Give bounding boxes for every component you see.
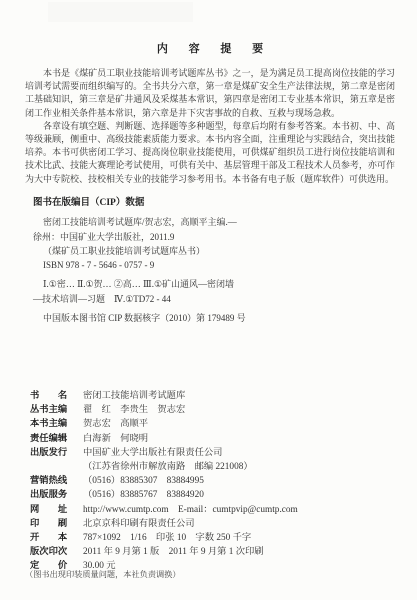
info-value: 贺志宏 高顺平 — [83, 417, 148, 431]
info-label: 本书主编 — [30, 417, 72, 431]
info-label: 版次印次 — [30, 545, 72, 559]
info-value: 密闭工技能培训考试题库 — [83, 389, 185, 403]
cip-line: 徐州：中国矿业大学出版社，2011.9 — [33, 230, 389, 244]
info-value: 2011 年 9 月第 1 版 2011 年 9 月第 1 次印刷 — [83, 545, 264, 559]
info-row: 网 址 http://www.cumtp.com E-mail：cumtpvip… — [30, 503, 401, 517]
info-label: 开 本 — [30, 531, 72, 545]
info-value: （0516）83885767 83884920 — [83, 488, 204, 502]
content-summary-section: 内 容 提 要 本书是《煤矿员工职业技能培训考试题库丛书》之一，是为满足员工提高… — [25, 40, 395, 186]
summary-title: 内 容 提 要 — [25, 40, 395, 56]
cip-line: —技术培训—习题 Ⅳ.①TD72 - 44 — [33, 292, 389, 306]
info-value: 中国矿业大学出版社有限责任公司 — [83, 446, 222, 460]
copyright-page: 内 容 提 要 本书是《煤矿员工职业技能培训考试题库丛书》之一，是为满足员工提高… — [0, 0, 417, 600]
info-row: 开 本 787×1092 1/16 印张 10 字数 250 千字 — [30, 531, 401, 545]
info-row: 出版发行 中国矿业大学出版社有限责任公司 — [30, 446, 401, 460]
cip-line: 密闭工技能培训考试题库/贺志宏，高顺平主编.— — [33, 215, 389, 229]
info-row: （江苏省徐州市解放南路 邮编 221008） — [30, 460, 401, 474]
cip-section: 图书在版编目（CIP）数据 密闭工技能培训考试题库/贺志宏，高顺平主编.— 徐州… — [33, 196, 389, 325]
info-row: 出版服务 （0516）83885767 83884920 — [30, 488, 401, 502]
info-value: 787×1092 1/16 印张 10 字数 250 千字 — [83, 531, 251, 545]
summary-paragraph: 本书是《煤矿员工职业技能培训考试题库丛书》之一，是为满足员工提高岗位技能的学习培… — [25, 67, 395, 120]
info-row: 印 刷 北京京科印刷有限责任公司 — [30, 517, 401, 531]
info-value: 翟 红 李贵生 贺志宏 — [83, 403, 185, 417]
info-label: 书 名 — [30, 389, 72, 403]
info-label: 出版服务 — [30, 488, 72, 502]
scan-artifact — [48, 2, 193, 22]
info-label: 营销热线 — [30, 474, 72, 488]
info-value: 白海新 何晓明 — [83, 432, 148, 446]
info-value: 北京京科印刷有限责任公司 — [83, 517, 195, 531]
cip-line: （煤矿员工职业技能培训考试题库丛书） — [33, 244, 389, 258]
info-value: （0516）83885307 83884995 — [83, 474, 204, 488]
info-label: 印 刷 — [30, 517, 72, 531]
cip-line: Ⅰ.①密… Ⅱ.①贺… ②高… Ⅲ.①矿山通风—密闭墙 — [33, 277, 389, 291]
info-row: 丛书主编 翟 红 李贵生 贺志宏 — [30, 403, 401, 417]
cip-line: ISBN 978 - 7 - 5646 - 0757 - 9 — [33, 258, 389, 272]
info-label — [30, 460, 72, 474]
info-label: 责任编辑 — [30, 432, 72, 446]
info-value: （江苏省徐州市解放南路 邮编 221008） — [83, 460, 253, 474]
info-label: 网 址 — [30, 503, 72, 517]
info-row: 书 名 密闭工技能培训考试题库 — [30, 389, 401, 403]
info-row: 本书主编 贺志宏 高顺平 — [30, 417, 401, 431]
info-label: 出版发行 — [30, 446, 72, 460]
info-label: 丛书主编 — [30, 403, 72, 417]
cip-header: 图书在版编目（CIP）数据 — [33, 196, 389, 210]
info-row: 责任编辑 白海新 何晓明 — [30, 432, 401, 446]
cip-record-number: 中国版本图书馆 CIP 数据核字（2010）第 179489 号 — [33, 311, 389, 325]
info-row: 版次印次 2011 年 9 月第 1 版 2011 年 9 月第 1 次印刷 — [30, 545, 401, 559]
info-value: http://www.cumtp.com E-mail：cumtpvip@cum… — [83, 503, 298, 517]
summary-paragraph: 各章设有填空题、判断题、选择题等多种题型，每章后均附有参考答案。本书初、中、高等… — [25, 120, 395, 186]
info-row: 营销热线 （0516）83885307 83884995 — [30, 474, 401, 488]
publication-info-section: 书 名 密闭工技能培训考试题库 丛书主编 翟 红 李贵生 贺志宏 本书主编 贺志… — [30, 389, 401, 574]
quality-note: （图书出现印装质量问题，本社负责调换） — [25, 569, 181, 580]
